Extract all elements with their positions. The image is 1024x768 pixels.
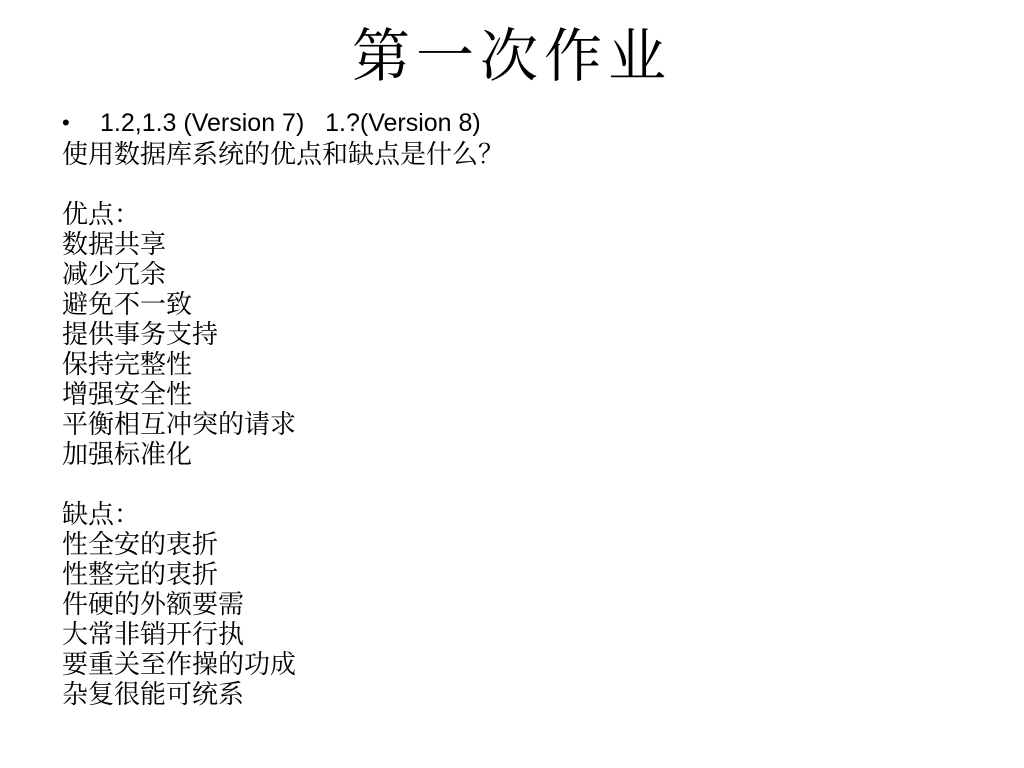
text-line: 避免不一致 bbox=[62, 290, 994, 320]
text-line bbox=[62, 470, 994, 500]
slide-body: • 1.2,1.3 (Version 7) 1.?(Version 8) 使用数… bbox=[62, 106, 994, 710]
slide-title: 第一次作业 bbox=[0, 0, 1024, 92]
text-line: 优点： bbox=[62, 200, 994, 230]
text-line: 平衡相互冲突的请求 bbox=[62, 410, 994, 440]
text-line: 缺点： bbox=[62, 500, 994, 530]
text-line: 提供事务支持 bbox=[62, 320, 994, 350]
text-line: 保持完整性 bbox=[62, 350, 994, 380]
bullet-text: 1.2,1.3 (Version 7) 1.?(Version 8) bbox=[100, 106, 481, 140]
bullet-line: • 1.2,1.3 (Version 7) 1.?(Version 8) bbox=[62, 106, 994, 140]
text-line: 杂复很能可统系 bbox=[62, 680, 994, 710]
text-line: 性全安的衷折 bbox=[62, 530, 994, 560]
text-line: 件硬的外额要需 bbox=[62, 590, 994, 620]
presentation-slide: 第一次作业 • 1.2,1.3 (Version 7) 1.?(Version … bbox=[0, 0, 1024, 768]
text-line bbox=[62, 170, 994, 200]
bullet-icon: • bbox=[62, 106, 100, 140]
text-line: 加强标准化 bbox=[62, 440, 994, 470]
text-line: 大常非销开行执 bbox=[62, 620, 994, 650]
text-line: 数据共享 bbox=[62, 230, 994, 260]
text-line: 要重关至作操的功成 bbox=[62, 650, 994, 680]
text-line: 增强安全性 bbox=[62, 380, 994, 410]
body-text-lines: 使用数据库系统的优点和缺点是什么？ 优点：数据共享减少冗余避免不一致提供事务支持… bbox=[62, 140, 994, 710]
text-line: 减少冗余 bbox=[62, 260, 994, 290]
text-line: 使用数据库系统的优点和缺点是什么？ bbox=[62, 140, 994, 170]
text-line: 性整完的衷折 bbox=[62, 560, 994, 590]
